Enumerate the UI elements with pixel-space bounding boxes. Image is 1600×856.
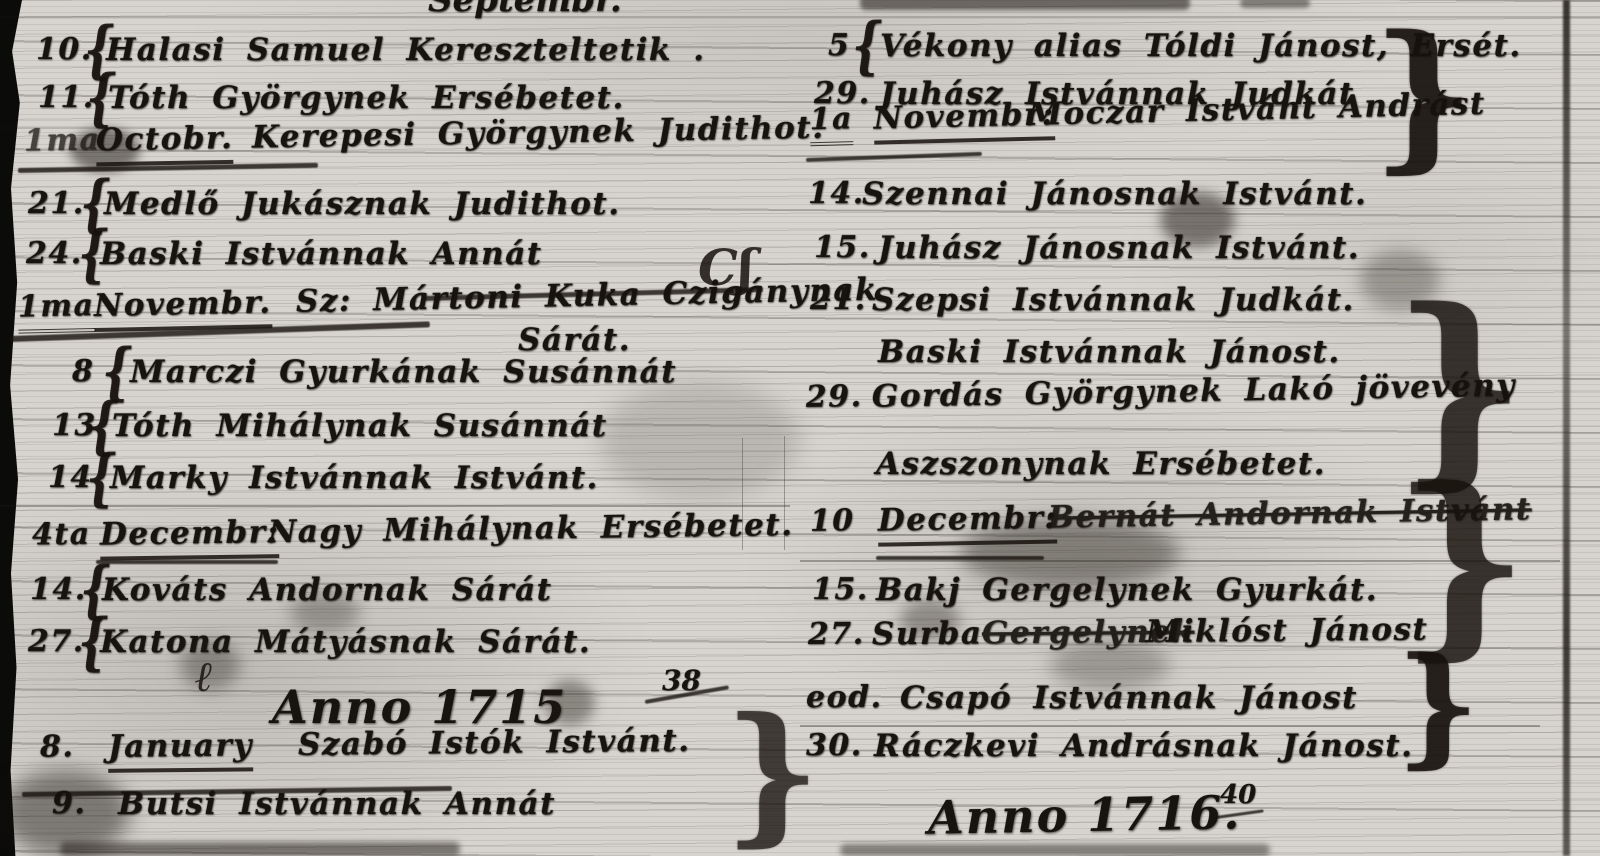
entry-text: Szennai Jánosnak Istvánt.	[862, 172, 1367, 216]
entry-day: 1a	[809, 97, 853, 146]
entry-day: 15.	[814, 226, 871, 270]
register-entry: 15. Juhász Jánosnak Istvánt.	[0, 226, 1600, 274]
cutoff-text-remnant	[860, 0, 1190, 10]
cutoff-text-remnant	[60, 842, 460, 856]
entry-text: Szepsi Istvánnak Judkát.	[872, 278, 1355, 322]
entry-text: Ráczkevi Andrásnak Jánost.	[874, 724, 1413, 768]
entry-text: Aszszonynak Ersébetet.	[876, 442, 1326, 486]
ruled-line	[0, 16, 1600, 18]
cutoff-text-remnant	[1240, 0, 1310, 8]
entry-day: 29.	[805, 375, 862, 420]
register-entry: 14. Szennai Jánosnak Istvánt.	[0, 172, 1600, 220]
cutoff-text-remnant	[840, 844, 1270, 856]
ink-smudge	[545, 680, 595, 725]
register-entry: 5 { Vékony alias Tóldi Jánost, Ersét.	[0, 24, 1600, 72]
ink-smudge	[900, 600, 960, 640]
ink-smudge	[600, 380, 800, 500]
ink-smudge	[180, 640, 240, 690]
entry-text: Miklóst Jánost	[1146, 608, 1429, 654]
entry-day: 15.	[812, 568, 869, 612]
grouping-brace: }	[1372, 14, 1475, 174]
ink-smudge	[70, 128, 140, 172]
entry-day: 14.	[808, 172, 865, 216]
grouping-brace: }	[1396, 640, 1480, 770]
entry-text: Juhász Jánosnak Istvánt.	[878, 226, 1360, 270]
ink-smudge	[960, 518, 1180, 588]
manuscript-scan: Septembr. 10. { Halasi Samuel Keresztelt…	[0, 0, 1600, 856]
ink-smudge	[1360, 250, 1440, 310]
ink-smudge	[290, 592, 360, 632]
register-entry: Aszszonynak Ersébetet.	[0, 442, 1600, 490]
entry-day: 21.	[810, 278, 867, 322]
entry-day: 10	[809, 499, 855, 544]
underline-stroke	[96, 560, 278, 564]
entry-day: 27.	[808, 612, 865, 656]
year-heading-1716: Anno 1716.	[928, 785, 1242, 844]
ink-smudge	[1160, 192, 1235, 247]
folio-number-40: 40	[1220, 780, 1256, 810]
grouping-brace: }	[724, 698, 820, 848]
entry-brace: {	[852, 9, 882, 82]
month-header-september: Septembr.	[428, 0, 622, 20]
entry-day: 5	[828, 24, 850, 68]
ink-smudge	[1050, 640, 1170, 690]
